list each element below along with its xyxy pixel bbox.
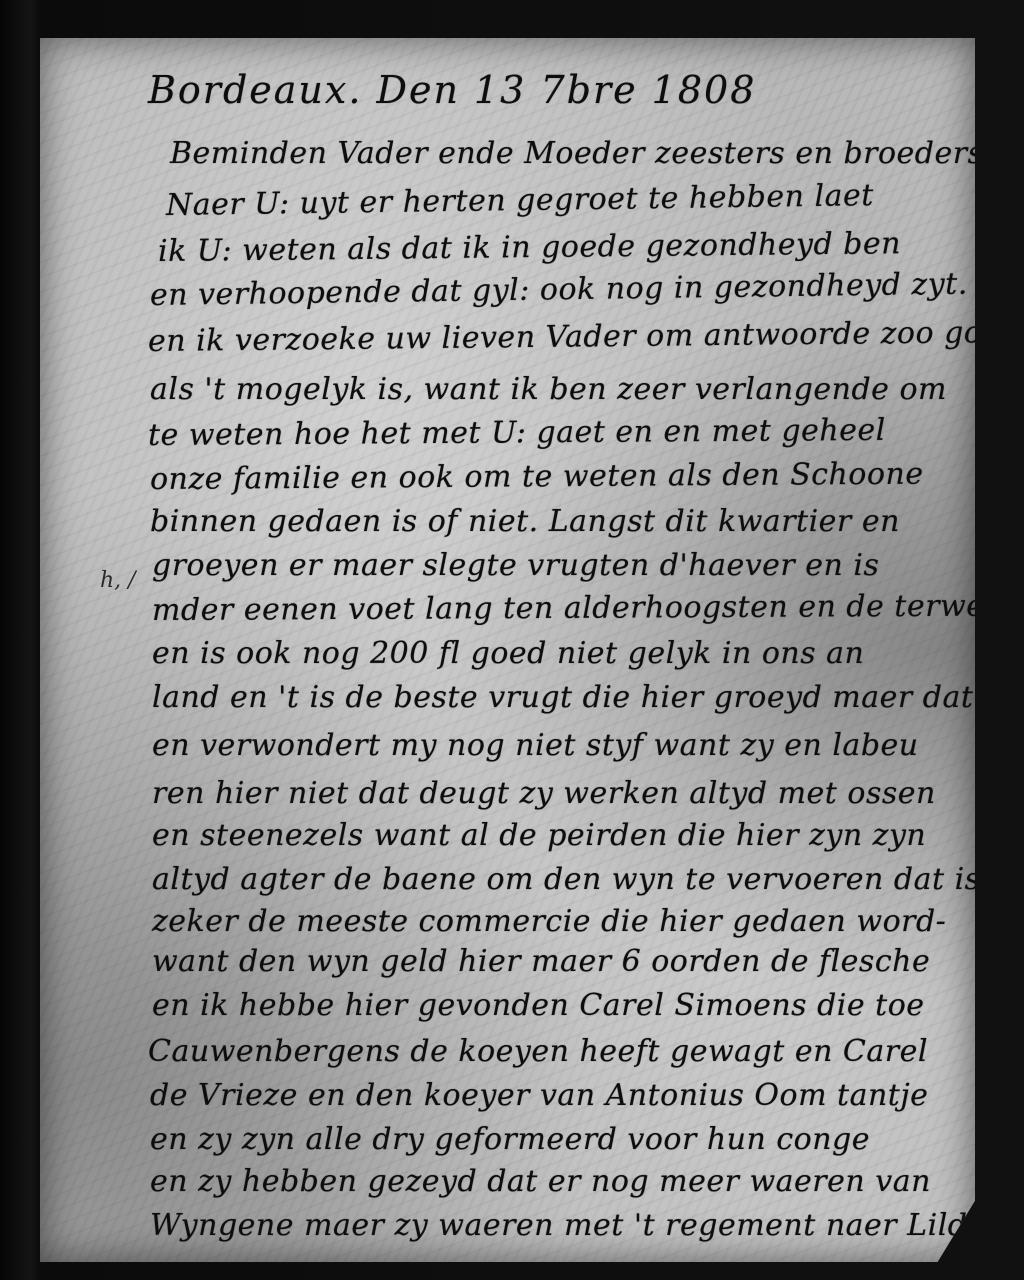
letter-line: en verwondert my nog niet styf want zy e…	[152, 728, 919, 763]
letter-line: zeker de meeste commercie die hier gedae…	[152, 904, 946, 939]
letter-line: onze familie en ook om te weten als den …	[150, 457, 924, 497]
letter-line: en zy hebben gezeyd dat er nog meer waer…	[150, 1164, 931, 1199]
letter-line: en ik hebbe hier gevonden Carel Simoens …	[152, 988, 925, 1023]
margin-annotation: h, /	[100, 568, 136, 593]
letter-line: en verhoopende dat gyl: ook nog in gezon…	[150, 267, 968, 313]
letter-line: ren hier niet dat deugt zy werken altyd …	[152, 776, 936, 811]
letter-line: en is ook nog 200 fl goed niet gelyk in …	[152, 636, 864, 671]
letter-line: binnen gedaen is of niet. Langst dit kwa…	[150, 504, 900, 539]
letter-line: groeyen er maer slegte vrugten d'haever …	[152, 548, 879, 583]
letter-heading: Bordeaux. Den 13 7bre 1808	[148, 68, 756, 112]
letter-line: en zy zyn alle dry geformeerd voor hun c…	[150, 1122, 870, 1157]
letter-line: want den wyn geld hier maer 6 oorden de …	[152, 944, 930, 979]
letter-line: Cauwenbergens de koeyen heeft gewagt en …	[148, 1034, 928, 1069]
letter-line: altyd agter de baene om den wyn te vervo…	[152, 862, 981, 897]
letter-page: Bordeaux. Den 13 7bre 1808 Beminden Vade…	[40, 38, 975, 1262]
letter-line: Wyngene maer zy waeren met 't regement n…	[150, 1208, 996, 1243]
letter-line: te weten hoe het met U: gaet en en met g…	[148, 413, 886, 453]
letter-line: de Vrieze en den koeyer van Antonius Oom…	[150, 1078, 928, 1113]
letter-line: als 't mogelyk is, want ik ben zeer verl…	[150, 372, 947, 407]
letter-line: en ik verzoeke uw lieven Vader om antwoo…	[148, 315, 1003, 359]
letter-line: ik U: weten als dat ik in goede gezondhe…	[158, 226, 901, 269]
letter-line: Beminden Vader ende Moeder zeesters en b…	[170, 136, 994, 171]
letter-line: en steenezels want al de peirden die hie…	[152, 818, 926, 853]
letter-line: mder eenen voet lang ten alderhoogsten e…	[152, 589, 985, 628]
letter-line: land en 't is de beste vrugt die hier gr…	[152, 680, 973, 715]
letter-line: Naer U: uyt er herten gegroet te hebben …	[166, 178, 874, 223]
